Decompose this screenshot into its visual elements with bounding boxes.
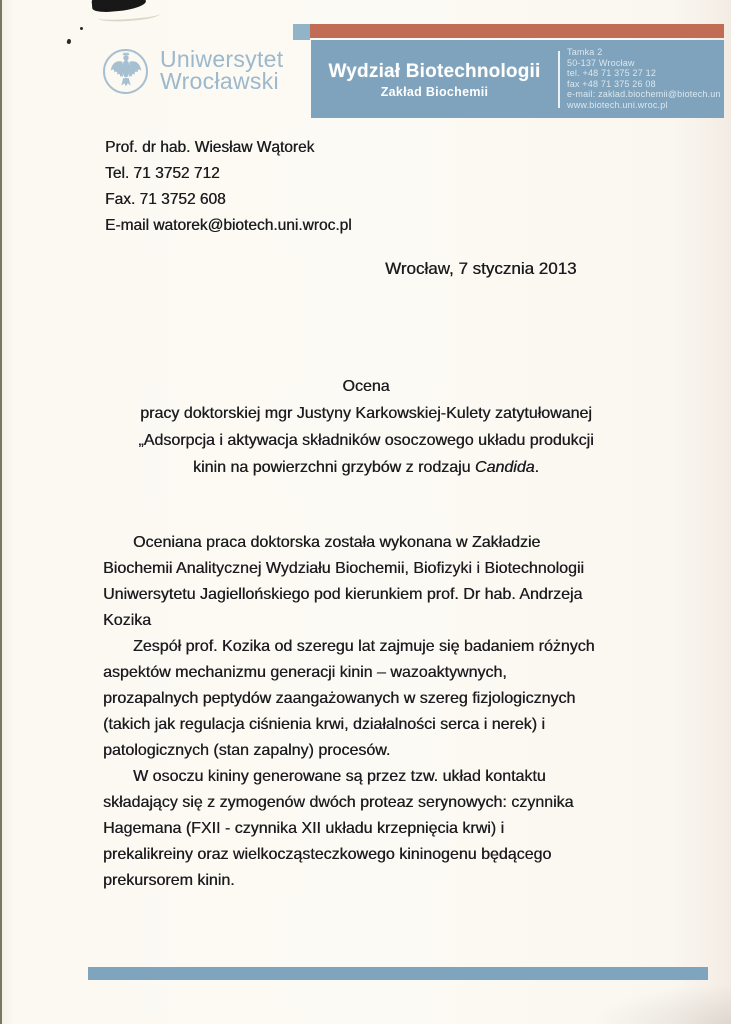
- contact-www: www.biotech.uni.wroc.pl: [567, 100, 724, 111]
- body-line: prekursorem kinin.: [103, 868, 595, 894]
- title-line-4-text: kinin na powierzchni grzybów z rodzaju: [193, 459, 475, 476]
- sender-tel: Tel. 71 3752 712: [105, 161, 352, 187]
- paragraph-1: Oceniana praca doktorska została wykonan…: [103, 530, 595, 634]
- body-line: (takich jak regulacja ciśnienia krwi, dz…: [103, 712, 595, 738]
- body-line: prozapalnych peptydów zaangażowanych w s…: [103, 686, 595, 712]
- sender-name: Prof. dr hab. Wiesław Wątorek: [105, 135, 352, 161]
- university-name: Uniwersytet Wrocławski: [160, 48, 283, 92]
- scan-speck: [66, 38, 71, 44]
- body-line: Biochemii Analitycznej Wydziału Biochemi…: [103, 556, 595, 582]
- body-line: Zespół prof. Kozika od szeregu lat zajmu…: [103, 634, 595, 660]
- title-line-1: Ocena: [60, 373, 672, 400]
- title-line-3: „Adsorpcja i aktywacja składników osoczo…: [60, 427, 672, 454]
- contact-email: e-mail: zaklad.biochemii@biotech.un: [567, 89, 724, 100]
- sender-fax: Fax. 71 3752 608: [105, 187, 352, 213]
- title-candida-italic: Candida: [475, 459, 535, 476]
- sender-block: Prof. dr hab. Wiesław Wątorek Tel. 71 37…: [105, 135, 352, 239]
- body-line: aspektów mechanizmu generacji kinin – wa…: [103, 660, 595, 686]
- department-contact-block: Tamka 2 50-137 Wrocław tel. +48 71 375 2…: [567, 47, 724, 111]
- banner-divider: [558, 51, 560, 108]
- title-line-2: pracy doktorskiej mgr Justyny Karkowskie…: [60, 400, 672, 427]
- department-name: Wydział Biotechnologii: [311, 61, 558, 83]
- footer-bar: [88, 967, 708, 980]
- body-line: Kozika: [103, 608, 595, 634]
- letter-body: Oceniana praca doktorska została wykonan…: [103, 530, 595, 894]
- body-line: W osoczu kininy generowane są przez tzw.…: [103, 764, 595, 790]
- banner-notch-square: [293, 24, 310, 40]
- paragraph-3: W osoczu kininy generowane są przez tzw.…: [103, 764, 595, 894]
- body-line: Hagemana (FXII - czynnika XII układu krz…: [103, 816, 595, 842]
- department-title-zone: Wydział Biotechnologii Zakład Biochemii: [311, 40, 558, 118]
- body-line: prekalikreiny oraz wielkocząsteczkowego …: [103, 842, 595, 868]
- eagle-emblem-icon: [109, 51, 143, 92]
- contact-fax: fax +48 71 375 26 08: [567, 79, 724, 90]
- body-line: Uniwersytetu Jagiellońskiego pod kierunk…: [103, 582, 595, 608]
- scan-edge-line: [0, 0, 2, 1024]
- scanned-letter-page: Uniwersytet Wrocławski Wydział Biotechno…: [0, 0, 731, 1024]
- title-line-4-period: .: [535, 459, 539, 476]
- department-banner: Wydział Biotechnologii Zakład Biochemii …: [311, 40, 724, 118]
- university-name-line1: Uniwersytet: [160, 48, 283, 70]
- body-line: patologicznych (stan zapalny) procesów.: [103, 738, 595, 764]
- contact-city: 50-137 Wrocław: [567, 58, 724, 69]
- unit-name: Zakład Biochemii: [311, 85, 558, 99]
- scan-corner-shade: [591, 984, 731, 1024]
- university-logo: [103, 49, 148, 94]
- title-line-4: kinin na powierzchni grzybów z rodzaju C…: [60, 454, 672, 481]
- body-line: składający się z zymogenów dwóch proteaz…: [103, 790, 595, 816]
- body-line: Oceniana praca doktorska została wykonan…: [103, 530, 595, 556]
- dateline: Wrocław, 7 stycznia 2013: [385, 259, 577, 279]
- sender-email: E-mail watorek@biotech.uni.wroc.pl: [105, 213, 352, 239]
- scan-speck: [80, 27, 83, 30]
- banner-accent-bar: [310, 24, 724, 38]
- review-title-block: Ocena pracy doktorskiej mgr Justyny Kark…: [60, 373, 672, 481]
- university-name-line2: Wrocławski: [160, 70, 283, 92]
- contact-tel: tel. +48 71 375 27 12: [567, 68, 724, 79]
- contact-street: Tamka 2: [567, 47, 724, 58]
- paragraph-2: Zespół prof. Kozika od szeregu lat zajmu…: [103, 634, 595, 764]
